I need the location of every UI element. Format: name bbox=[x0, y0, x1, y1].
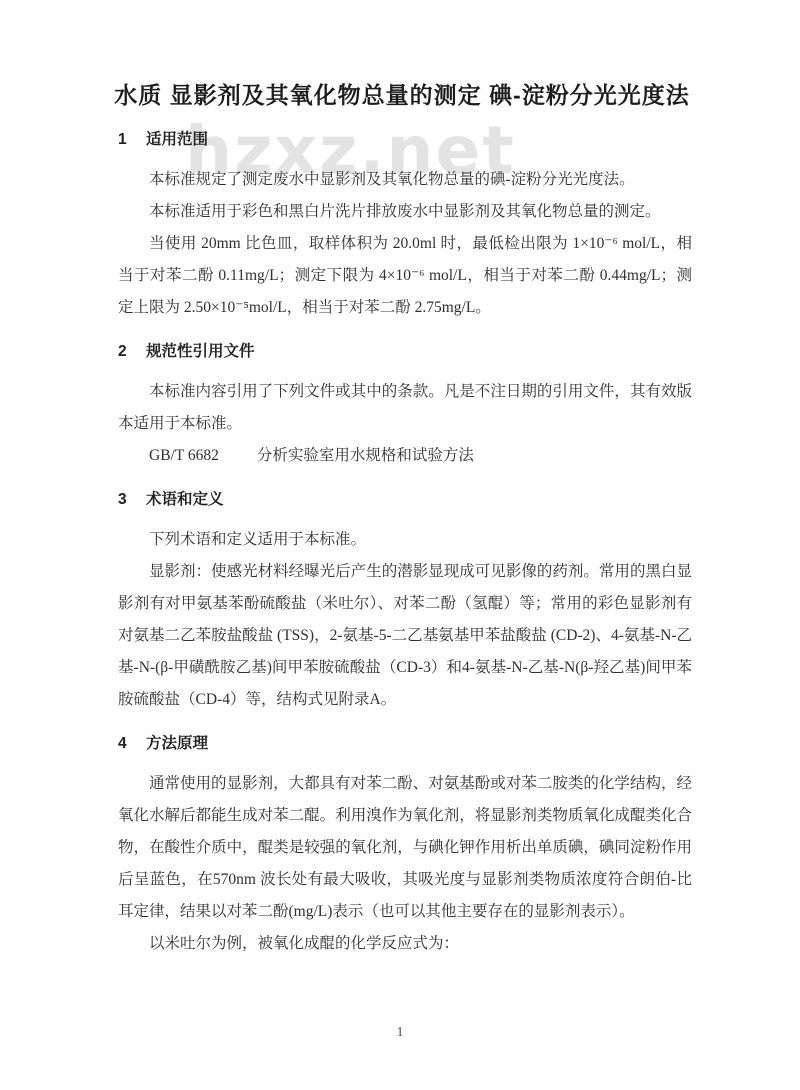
page-number: 1 bbox=[0, 1024, 800, 1040]
paragraph: 当使用 20mm 比色皿，取样体积为 20.0ml 时，最低检出限为 1×10⁻… bbox=[118, 228, 692, 324]
reference-code: GB/T 6682 bbox=[149, 447, 219, 464]
paragraph: 本标准规定了测定废水中显影剂及其氧化物总量的碘-淀粉分光光度法。 bbox=[118, 164, 692, 196]
section-number: 3 bbox=[118, 488, 146, 512]
section-heading: 1适用范围 bbox=[118, 128, 692, 152]
section-heading: 3术语和定义 bbox=[118, 488, 692, 512]
section-heading-text: 方法原理 bbox=[146, 735, 208, 752]
section-scope: 1适用范围 本标准规定了测定废水中显影剂及其氧化物总量的碘-淀粉分光光度法。 本… bbox=[118, 128, 692, 324]
section-method-principle: 4方法原理 通常使用的显影剂，大都具有对苯二酚、对氨基酚或对苯二胺类的化学结构，… bbox=[118, 732, 692, 960]
paragraph: 以米吐尔为例，被氧化成醌的化学反应式为： bbox=[118, 928, 692, 960]
paragraph: 本标准适用于彩色和黑白片洗片排放废水中显影剂及其氧化物总量的测定。 bbox=[118, 196, 692, 228]
section-heading: 4方法原理 bbox=[118, 732, 692, 756]
section-heading: 2规范性引用文件 bbox=[118, 340, 692, 364]
reference-title: 分析实验室用水规格和试验方法 bbox=[257, 447, 474, 464]
section-terms-definitions: 3术语和定义 下列术语和定义适用于本标准。 显影剂：使感光材料经曝光后产生的潜影… bbox=[118, 488, 692, 716]
section-number: 1 bbox=[118, 128, 146, 152]
section-number: 2 bbox=[118, 340, 146, 364]
section-heading-text: 术语和定义 bbox=[146, 491, 224, 508]
reference-entry: GB/T 6682分析实验室用水规格和试验方法 bbox=[118, 440, 692, 472]
section-normative-references: 2规范性引用文件 本标准内容引用了下列文件或其中的条款。凡是不注日期的引用文件，… bbox=[118, 340, 692, 472]
section-heading-text: 适用范围 bbox=[146, 131, 208, 148]
document-content: 水质 显影剂及其氧化物总量的测定 碘-淀粉分光光度法 1适用范围 本标准规定了测… bbox=[0, 0, 800, 960]
paragraph: 通常使用的显影剂，大都具有对苯二酚、对氨基酚或对苯二胺类的化学结构，经氧化水解后… bbox=[118, 768, 692, 928]
paragraph: 显影剂：使感光材料经曝光后产生的潜影显现成可见影像的药剂。常用的黑白显影剂有对甲… bbox=[118, 556, 692, 716]
section-number: 4 bbox=[118, 732, 146, 756]
document-page: hzxz.net 水质 显影剂及其氧化物总量的测定 碘-淀粉分光光度法 1适用范… bbox=[0, 0, 800, 1090]
paragraph: 本标准内容引用了下列文件或其中的条款。凡是不注日期的引用文件，其有效版本适用于本… bbox=[118, 376, 692, 440]
section-heading-text: 规范性引用文件 bbox=[146, 343, 255, 360]
paragraph: 下列术语和定义适用于本标准。 bbox=[118, 524, 692, 556]
document-title: 水质 显影剂及其氧化物总量的测定 碘-淀粉分光光度法 bbox=[112, 78, 692, 112]
